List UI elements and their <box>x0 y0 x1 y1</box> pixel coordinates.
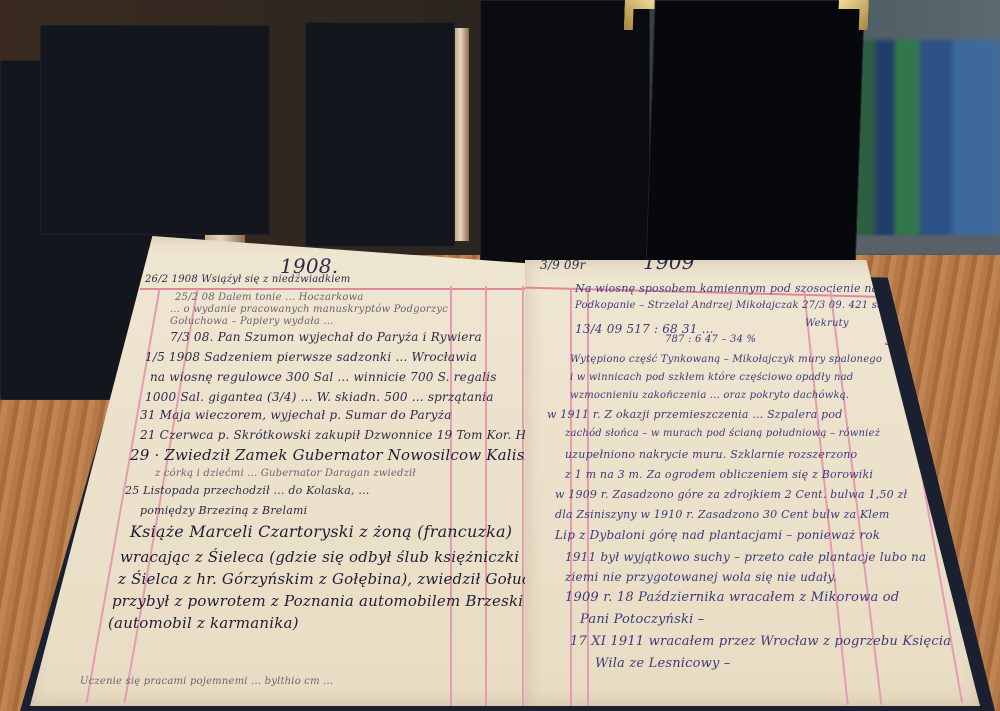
entry-line: Wytępiono część Tynkowaną – Mikołajczyk … <box>570 354 882 365</box>
entry-line: 26/2 1908 Wsiąźył się z niedźwiadkiem <box>145 274 350 285</box>
entry-line: na wiosnę regulowce 300 Sal ... winnicie… <box>150 370 497 384</box>
column-rule <box>485 286 487 706</box>
standing-ledger-2 <box>40 25 270 235</box>
entry-line: 17 XI 1911 wracałem przez Wrocław z pogr… <box>570 634 951 649</box>
entry-line: ziemi nie przygotowanej wola się nie uda… <box>565 570 837 584</box>
entry-line: uzupełniono nakrycie muru. Szklarnie roz… <box>565 448 857 461</box>
entry-line: Na wiosnę sposobem kamiennym pod szosoci… <box>575 282 878 295</box>
entry-line: 1911 był wyjątkowo suchy – przeto całe p… <box>565 550 926 564</box>
entry-line: Pani Potoczyński – <box>580 612 704 627</box>
column-rule <box>522 286 524 706</box>
entry-line: i w winnicach pod szkłem które częściowo… <box>570 372 853 383</box>
brass-corner-icon <box>838 0 869 30</box>
entry-line: 1000 Sal. gigantea (3/4) ... W. skiadn. … <box>145 390 494 404</box>
entry-line: 1/5 1908 Sadzeniem pierwsze sadzonki ...… <box>145 350 477 364</box>
entry-line: Gołuchowa – Papiery wydała ... <box>170 316 334 327</box>
entry-line: 29 · Zwiedził Zamek Gubernator Nowosilco… <box>130 446 542 464</box>
header-rule <box>140 288 540 290</box>
entry-line: 25/2 08 Dalem tonie ... Hoczarkowa <box>175 292 364 303</box>
entry-line: zachód słońca – w murach pod ścianą połu… <box>565 428 880 439</box>
entry-line: z córką i dziećmi ... Gubernator Daragan… <box>155 468 416 479</box>
side-figures-label: Wekruty <box>805 318 849 329</box>
standing-ledger-3 <box>305 22 455 247</box>
entry-line: 787 : 6 47 – 34 % <box>665 334 756 345</box>
entry-line: ... o wydanie pracowanych manuskryptów P… <box>170 304 448 315</box>
entry-line: w 1909 r. Zasadzono góre za zdrojkiem 2 … <box>555 488 907 501</box>
photo-scene: 1908. 26/2 1908 Wsiąźył się z niedźwiadk… <box>0 0 1000 711</box>
entry-line: Książe Marceli Czartoryski z żoną (franc… <box>130 522 512 541</box>
entry-line: 21 Czerwca p. Skrótkowski zakupił Dzwonn… <box>140 428 549 442</box>
left-page: 1908. 26/2 1908 Wsiąźył się z niedźwiadk… <box>30 236 540 706</box>
right-page: 3/9 09r 1909 Na wiosnę sposobem kamienny… <box>525 260 980 706</box>
entry-line: (automobil z karmanika) <box>108 614 299 632</box>
entry-line: 25 Listopada przechodził ... do Kolaska,… <box>125 484 370 497</box>
entry-line: w 1911 r. Z okazji przemieszczenia ... S… <box>547 408 842 421</box>
date-marginal: 3/9 09r <box>540 258 586 272</box>
entry-line: dla Zsiniszyny w 1910 r. Zasadzono 30 Ce… <box>555 508 890 521</box>
entry-line: z 1 m na 3 m. Za ogrodem obliczeniem się… <box>565 468 873 481</box>
standing-ledger-4 <box>480 0 650 265</box>
entry-line: 1909 r. 18 Października wracałem z Mikor… <box>565 590 899 605</box>
bookshelf-background <box>840 40 1000 260</box>
entry-line: 7/3 08. Pan Szumon wyjechał do Paryża i … <box>170 330 482 344</box>
page-edge <box>455 28 469 241</box>
entry-line: pomiędzy Brzeziną z Brelami <box>140 504 307 517</box>
year-heading: 1909 <box>643 250 695 274</box>
entry-line: 31 Maja wieczorem, wyjechał p. Sumar do … <box>140 408 452 422</box>
open-ledger: 1908. 26/2 1908 Wsiąźył się z niedźwiadk… <box>0 230 1000 711</box>
entry-line: Uczenie się pracami pojemnemi ... bylthi… <box>80 676 333 687</box>
column-rule <box>450 286 452 706</box>
entry-line: Wila ze Lesnicowy – <box>595 656 731 671</box>
entry-line: przybył z powrotem z Poznania automobile… <box>112 592 523 610</box>
entry-line: Podkopanie – Strzelał Andrzej Mikołajcza… <box>575 300 918 311</box>
entry-line: Lip z Dybaloni górę nad plantacjami – po… <box>555 528 880 542</box>
entry-line: z Śielca z hr. Górzyńskim z Gołębina), z… <box>118 570 545 588</box>
entry-line: wzmocnieniu zakończenia ... oraz pokryto… <box>570 390 849 401</box>
entry-line: wracając z Śieleca (gdzie się odbył ślub… <box>120 548 519 566</box>
